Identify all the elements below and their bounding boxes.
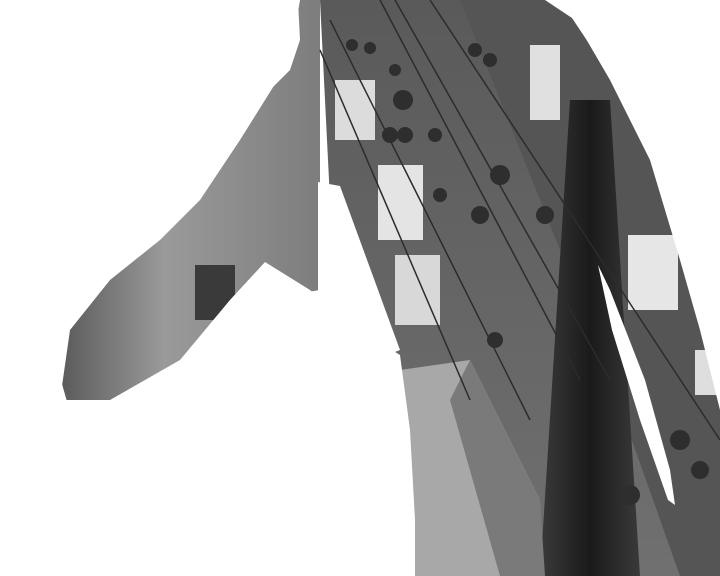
street-photo <box>0 0 720 576</box>
